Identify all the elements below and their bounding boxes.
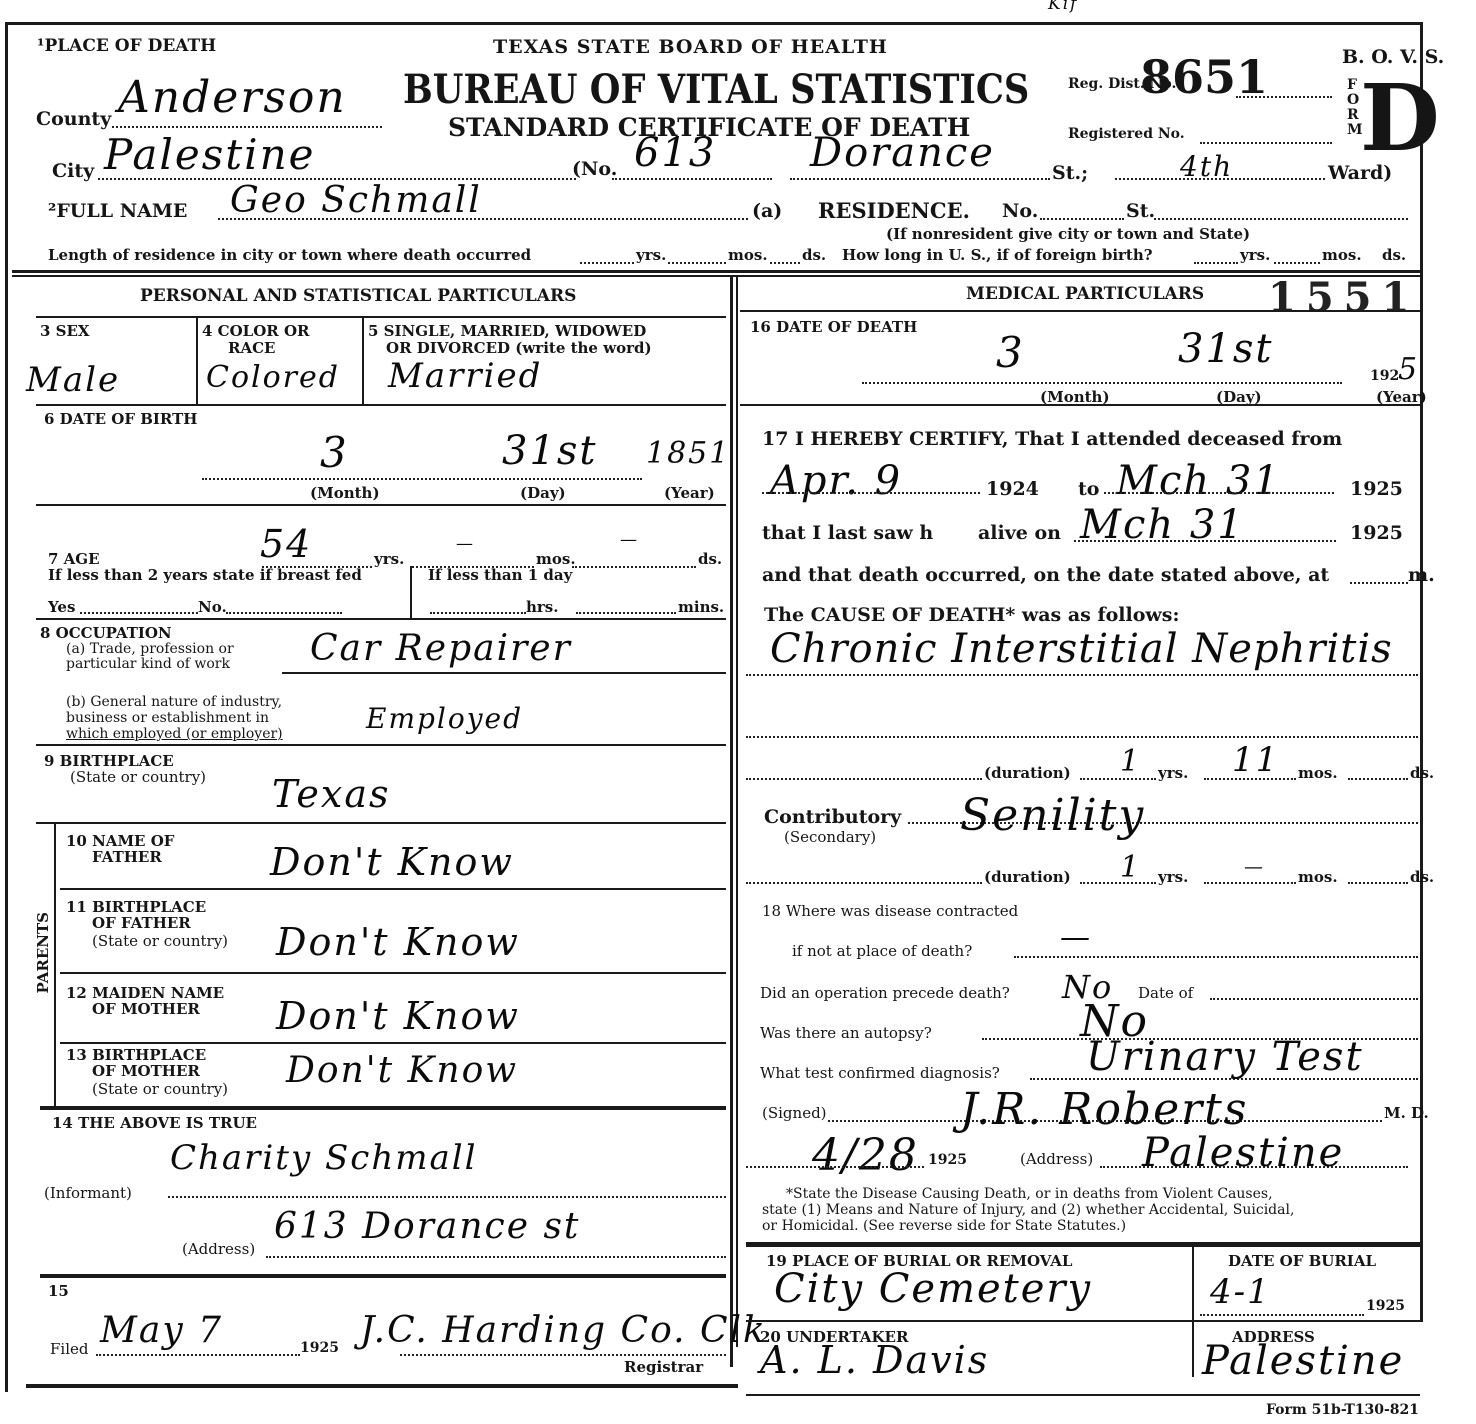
dur1-ds-label: ds. bbox=[1410, 764, 1434, 782]
place-of-death-label: ¹PLACE OF DEATH bbox=[37, 36, 216, 56]
death-occurred-text: and that death occurred, on the date sta… bbox=[762, 564, 1329, 586]
filed-label: Filed bbox=[50, 1340, 88, 1358]
dob-month[interactable]: 3 bbox=[320, 428, 349, 477]
residence-label: RESIDENCE. bbox=[818, 198, 970, 223]
dur2-yrs-label: yrs. bbox=[1158, 868, 1188, 886]
certify-text: 17 I HEREBY CERTIFY, That I attended dec… bbox=[762, 428, 1342, 450]
form-letters: FORM bbox=[1347, 78, 1361, 138]
race-label-1: 4 COLOR OR bbox=[202, 322, 310, 340]
where-contracted-value[interactable]: — bbox=[1060, 920, 1092, 955]
where-contracted-label-2: if not at place of death? bbox=[792, 942, 972, 960]
autopsy-label: Was there an autopsy? bbox=[760, 1024, 932, 1042]
center-divider-2 bbox=[736, 277, 738, 1347]
age-yrs-value[interactable]: 54 bbox=[260, 522, 312, 566]
dob-month-label: (Month) bbox=[310, 484, 380, 502]
city-value[interactable]: Palestine bbox=[104, 130, 315, 179]
item-15-label: 15 bbox=[48, 1282, 69, 1300]
signed-date[interactable]: 4/28 bbox=[812, 1130, 919, 1181]
informant-address-value[interactable]: 613 Dorance st bbox=[274, 1206, 580, 1247]
mother-birthplace-label-2: OF MOTHER bbox=[92, 1062, 200, 1080]
residence-st-label: St. bbox=[1126, 200, 1155, 222]
duration-label-2: (duration) bbox=[984, 868, 1071, 886]
father-birthplace-label-2: OF FATHER bbox=[92, 914, 191, 932]
street-no-label: (No. bbox=[572, 158, 617, 180]
age-yrs-label: yrs. bbox=[374, 550, 404, 568]
signed-label: (Signed) bbox=[762, 1104, 827, 1122]
nonresident-note: (If nonresident give city or town and St… bbox=[886, 225, 1250, 243]
county-label: County bbox=[36, 108, 111, 130]
birthplace-value[interactable]: Texas bbox=[272, 772, 390, 816]
medical-section-title: MEDICAL PARTICULARS bbox=[966, 284, 1204, 304]
above-true-label: 14 THE ABOVE IS TRUE bbox=[52, 1114, 257, 1132]
burial-date-value[interactable]: 4-1 bbox=[1210, 1272, 1271, 1312]
attended-from-value[interactable]: Apr. 9 bbox=[770, 458, 902, 504]
dob-label: 6 DATE OF BIRTH bbox=[44, 410, 197, 428]
father-label-2: FATHER bbox=[92, 848, 162, 866]
ward-value[interactable]: 4th bbox=[1180, 150, 1233, 183]
sign-address-label: (Address) bbox=[1020, 1150, 1093, 1168]
less-day-label: If less than 1 day bbox=[428, 566, 572, 584]
occupation-label: 8 OCCUPATION bbox=[40, 624, 172, 642]
occ-b-label-1: (b) General nature of industry, bbox=[66, 694, 282, 710]
burial-place-value[interactable]: City Cemetery bbox=[774, 1266, 1092, 1312]
test-label: What test confirmed diagnosis? bbox=[760, 1064, 1000, 1082]
ds-label-2: ds. bbox=[1382, 246, 1406, 264]
registrar-signature[interactable]: J.C. Harding Co. Clk bbox=[360, 1310, 767, 1351]
age-ds-value[interactable]: — bbox=[620, 530, 639, 550]
dob-year[interactable]: 1851 bbox=[646, 436, 730, 471]
cause-of-death-value[interactable]: Chronic Interstitial Nephritis bbox=[770, 626, 1393, 672]
mother-birthplace-value[interactable]: Don't Know bbox=[286, 1050, 518, 1091]
date-of-death-label: 16 DATE OF DEATH bbox=[750, 318, 917, 336]
mins-label: mins. bbox=[678, 598, 724, 616]
footnote-line-3: or Homicidal. (See reverse side for Stat… bbox=[762, 1218, 1126, 1234]
duration-2-mos[interactable]: — bbox=[1244, 856, 1265, 878]
foreign-birth-label: How long in U. S., if of foreign birth? bbox=[842, 246, 1153, 264]
signed-year: 1925 bbox=[928, 1152, 967, 1168]
county-value[interactable]: Anderson bbox=[118, 72, 347, 123]
registered-no-label: Registered No. bbox=[1068, 126, 1185, 142]
filed-year: 1925 bbox=[300, 1340, 339, 1356]
m-label: m. bbox=[1408, 564, 1435, 586]
residence-no-label: No. bbox=[1002, 200, 1038, 222]
contributory-label: Contributory bbox=[764, 806, 901, 828]
alive-on-year: 1925 bbox=[1350, 522, 1403, 544]
undertaker-value[interactable]: A. L. Davis bbox=[760, 1338, 989, 1382]
filed-date-value[interactable]: May 7 bbox=[100, 1310, 223, 1351]
mos-label: mos. bbox=[728, 246, 768, 264]
dod-month[interactable]: 3 bbox=[996, 328, 1025, 377]
marital-label-2: OR DIVORCED (write the word) bbox=[386, 339, 652, 357]
stamp-number: 1551 bbox=[1268, 274, 1419, 321]
city-label: City bbox=[52, 160, 94, 182]
ward-label: Ward) bbox=[1328, 162, 1392, 184]
duration-1-yrs[interactable]: 1 bbox=[1120, 744, 1141, 779]
dod-day[interactable]: 31st bbox=[1178, 326, 1274, 372]
attended-from-year: 1924 bbox=[986, 478, 1039, 500]
form-letter-d: D bbox=[1360, 72, 1440, 164]
dod-year[interactable]: 5 bbox=[1398, 352, 1419, 387]
form-number: Form 51b-T130-821 bbox=[1266, 1402, 1419, 1418]
informant-label: (Informant) bbox=[44, 1184, 132, 1202]
dod-year-prefix: 192 bbox=[1370, 368, 1399, 384]
father-value[interactable]: Don't Know bbox=[270, 840, 514, 884]
marital-label-1: 5 SINGLE, MARRIED, WIDOWED bbox=[368, 322, 646, 340]
dob-day-label: (Day) bbox=[520, 484, 566, 502]
age-mos-value[interactable]: — bbox=[456, 534, 475, 554]
right-border bbox=[1420, 22, 1423, 1322]
birthplace-sub: (State or country) bbox=[70, 768, 206, 786]
occ-b-label-3: which employed (or employer) bbox=[66, 726, 283, 742]
mother-birthplace-label-3: (State or country) bbox=[92, 1080, 228, 1098]
occupation-b-value[interactable]: Employed bbox=[366, 702, 523, 735]
yrs-label-2: yrs. bbox=[1240, 246, 1270, 264]
undertaker-address-value[interactable]: Palestine bbox=[1202, 1338, 1404, 1384]
mother-value[interactable]: Don't Know bbox=[276, 994, 520, 1038]
burial-date-label: DATE OF BURIAL bbox=[1228, 1252, 1376, 1270]
no-label: No. bbox=[198, 598, 227, 616]
board-title: TEXAS STATE BOARD OF HEALTH bbox=[493, 36, 888, 58]
dob-year-label: (Year) bbox=[664, 484, 715, 502]
last-saw-text: that I last saw h bbox=[762, 522, 933, 544]
hrs-label: hrs. bbox=[526, 598, 558, 616]
cause-of-death-label: The CAUSE OF DEATH* was as follows: bbox=[764, 604, 1180, 626]
dur1-mos-label: mos. bbox=[1298, 764, 1338, 782]
yes-label: Yes bbox=[48, 598, 75, 616]
alive-on-text: alive on bbox=[978, 522, 1061, 544]
marital-value[interactable]: Married bbox=[388, 356, 542, 396]
sign-address-value[interactable]: Palestine bbox=[1142, 1130, 1344, 1176]
street-label: St.; bbox=[1052, 162, 1088, 184]
header-divider bbox=[12, 270, 1420, 273]
where-contracted-label-1: 18 Where was disease contracted bbox=[762, 902, 1018, 920]
breast-fed-label: If less than 2 years state if breast fed bbox=[48, 566, 362, 584]
race-value[interactable]: Colored bbox=[206, 360, 340, 395]
footnote-line-2: state (1) Means and Nature of Injury, an… bbox=[762, 1202, 1294, 1218]
duration-label-1: (duration) bbox=[984, 764, 1071, 782]
attended-to-value[interactable]: Mch 31 bbox=[1116, 458, 1281, 504]
test-value[interactable]: Urinary Test bbox=[1086, 1034, 1364, 1080]
race-label-2: RACE bbox=[228, 339, 275, 357]
top-border bbox=[5, 22, 1423, 25]
sex-label: 3 SEX bbox=[40, 322, 90, 340]
center-divider bbox=[730, 277, 733, 1367]
dur1-yrs-label: yrs. bbox=[1158, 764, 1188, 782]
age-ds-label: ds. bbox=[698, 550, 722, 568]
street-value[interactable]: Dorance bbox=[810, 130, 995, 176]
registrar-label: Registrar bbox=[624, 1358, 703, 1376]
duration-2-yrs[interactable]: 1 bbox=[1120, 850, 1141, 885]
full-name-value[interactable]: Geo Schmall bbox=[230, 180, 482, 221]
occ-a-label-2: particular kind of work bbox=[66, 656, 230, 672]
dur2-mos-label: mos. bbox=[1298, 868, 1338, 886]
parents-label: PARENTS bbox=[34, 912, 52, 993]
length-residence-label: Length of residence in city or town wher… bbox=[48, 246, 531, 264]
header-divider-2 bbox=[12, 275, 1420, 277]
father-birthplace-label-3: (State or country) bbox=[92, 932, 228, 950]
to-label: to bbox=[1078, 478, 1099, 500]
physician-signature[interactable]: J.R. Roberts bbox=[960, 1084, 1248, 1135]
informant-address-label: (Address) bbox=[182, 1240, 255, 1258]
burial-year: 1925 bbox=[1366, 1298, 1405, 1314]
dur2-ds-label: ds. bbox=[1410, 868, 1434, 886]
occ-b-label-2: business or establishment in bbox=[66, 710, 269, 726]
md-label: M. D. bbox=[1384, 1104, 1429, 1122]
full-name-label: ²FULL NAME bbox=[48, 200, 187, 222]
left-border bbox=[5, 22, 8, 1392]
informant-value[interactable]: Charity Schmall bbox=[170, 1138, 477, 1178]
mother-label-2: OF MOTHER bbox=[92, 1000, 200, 1018]
personal-section-title: PERSONAL AND STATISTICAL PARTICULARS bbox=[140, 286, 576, 306]
duration-1-mos[interactable]: 11 bbox=[1232, 740, 1279, 780]
mos-label-2: mos. bbox=[1322, 246, 1362, 264]
occupation-a-value[interactable]: Car Repairer bbox=[310, 628, 572, 669]
footnote-line-1: *State the Disease Causing Death, or in … bbox=[786, 1186, 1273, 1202]
sex-value[interactable]: Male bbox=[26, 360, 120, 400]
street-no-value[interactable]: 613 bbox=[634, 130, 716, 176]
secondary-label: (Secondary) bbox=[784, 828, 876, 846]
bureau-title: BUREAU OF VITAL STATISTICS bbox=[403, 66, 1029, 113]
a-label: (a) bbox=[752, 200, 782, 222]
yrs-label: yrs. bbox=[636, 246, 666, 264]
contributory-value[interactable]: Senility bbox=[960, 790, 1145, 841]
top-scribble: Kif bbox=[1048, 0, 1078, 14]
dob-day[interactable]: 31st bbox=[502, 428, 598, 474]
father-birthplace-value[interactable]: Don't Know bbox=[276, 920, 520, 964]
operation-label: Did an operation precede death? bbox=[760, 984, 1010, 1002]
ds-label: ds. bbox=[802, 246, 826, 264]
attended-to-year: 1925 bbox=[1350, 478, 1403, 500]
occ-a-label-1: (a) Trade, profession or bbox=[66, 641, 234, 657]
